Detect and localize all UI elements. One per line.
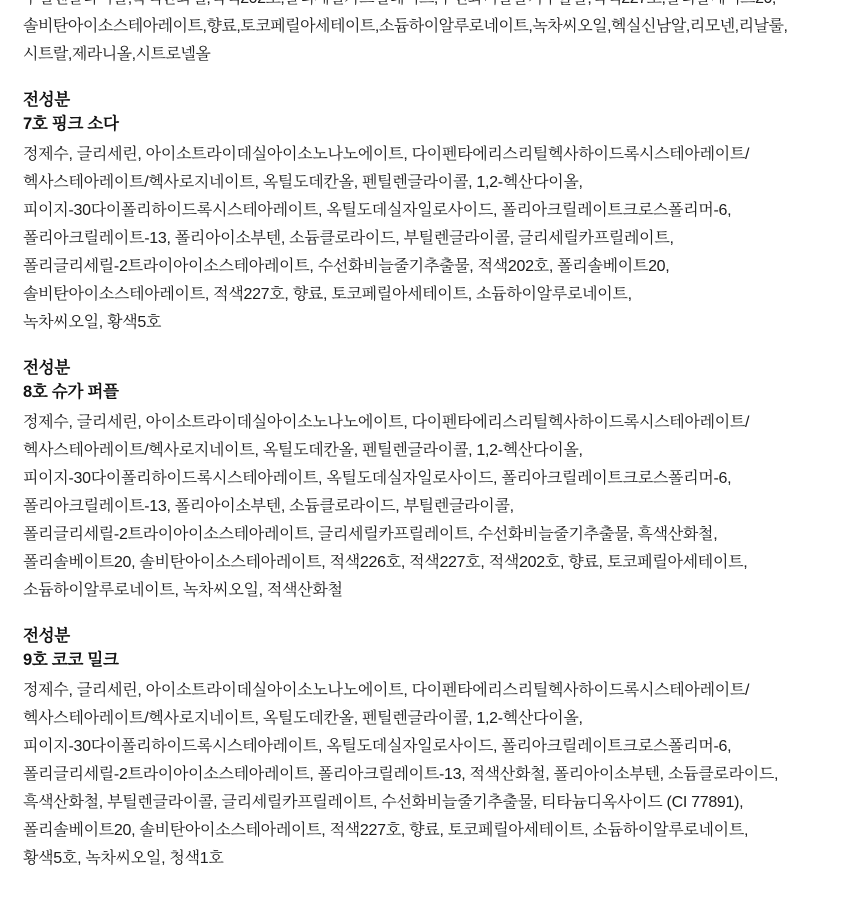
section-label: 전성분	[23, 356, 837, 380]
section-title: 8호 슈가 퍼플	[23, 380, 837, 404]
ingredient-line: 피이지-30다이폴리하이드록시스테아레이트, 옥틸도데실자일로사이드, 폴리아크…	[23, 197, 837, 225]
section-body: 정제수, 글리세린, 아이소트라이데실아이소노나노에이트, 다이펜타에리스리틸헥…	[23, 409, 837, 605]
ingredient-section: 전성분 9호 코코 밀크 정제수, 글리세린, 아이소트라이데실아이소노나노에이…	[23, 624, 837, 873]
section-body: 정제수, 글리세린, 아이소트라이데실아이소노나노에이트, 다이펜타에리스리틸헥…	[23, 141, 837, 337]
ingredient-document: 부틸렌글라이콜,흑색산화철,적색202호,글리세릴카프릴레이트,수선화비늘줄기추…	[0, 0, 860, 873]
section-body: 정제수, 글리세린, 아이소트라이데실아이소노나노에이트, 다이펜타에리스리틸헥…	[23, 677, 837, 873]
ingredient-line: 피이지-30다이폴리하이드록시스테아레이트, 옥틸도데실자일로사이드, 폴리아크…	[23, 465, 837, 493]
ingredient-line: 폴리아크릴레이트-13, 폴리아이소부텐, 소듐클로라이드, 부틸렌글라이콜, …	[23, 225, 837, 253]
ingredient-line: 헥사스테아레이트/헥사로지네이트, 옥틸도데칸올, 펜틸렌글라이콜, 1,2-헥…	[23, 169, 837, 197]
ingredient-line: 헥사스테아레이트/헥사로지네이트, 옥틸도데칸올, 펜틸렌글라이콜, 1,2-헥…	[23, 705, 837, 733]
ingredient-line: 폴리글리세릴-2트라이아이소스테아레이트, 글리세릴카프릴레이트, 수선화비늘줄…	[23, 521, 837, 549]
ingredient-line: 헥사스테아레이트/헥사로지네이트, 옥틸도데칸올, 펜틸렌글라이콜, 1,2-헥…	[23, 437, 837, 465]
ingredient-line: 폴리글리세릴-2트라이아이소스테아레이트, 수선화비늘줄기추출물, 적색202호…	[23, 253, 837, 281]
section-title: 7호 핑크 소다	[23, 112, 837, 136]
ingredient-line: 소듐하이알루로네이트, 녹차씨오일, 적색산화철	[23, 577, 837, 605]
ingredient-line: 황색5호, 녹차씨오일, 청색1호	[23, 845, 837, 873]
ingredient-sections: 전성분 7호 핑크 소다 정제수, 글리세린, 아이소트라이데실아이소노나노에이…	[23, 88, 837, 873]
ingredient-line: 솔비탄아이소스테아레이트, 적색227호, 향료, 토코페릴아세테이트, 소듐하…	[23, 281, 837, 309]
ingredient-line: 시트랄,제라니올,시트로넬올	[23, 41, 837, 69]
section-label: 전성분	[23, 624, 837, 648]
ingredient-line: 폴리솔베이트20, 솔비탄아이소스테아레이트, 적색226호, 적색227호, …	[23, 549, 837, 577]
ingredient-line: 정제수, 글리세린, 아이소트라이데실아이소노나노에이트, 다이펜타에리스리틸헥…	[23, 677, 837, 705]
ingredient-line: 폴리아크릴레이트-13, 폴리아이소부텐, 소듐클로라이드, 부틸렌글라이콜,	[23, 493, 837, 521]
ingredient-line: 정제수, 글리세린, 아이소트라이데실아이소노나노에이트, 다이펜타에리스리틸헥…	[23, 141, 837, 169]
ingredient-line: 피이지-30다이폴리하이드록시스테아레이트, 옥틸도데실자일로사이드, 폴리아크…	[23, 733, 837, 761]
ingredient-section: 전성분 8호 슈가 퍼플 정제수, 글리세린, 아이소트라이데실아이소노나노에이…	[23, 356, 837, 605]
ingredient-line: 폴리솔베이트20, 솔비탄아이소스테아레이트, 적색227호, 향료, 토코페릴…	[23, 817, 837, 845]
section-label: 전성분	[23, 88, 837, 112]
ingredient-section: 전성분 7호 핑크 소다 정제수, 글리세린, 아이소트라이데실아이소노나노에이…	[23, 88, 837, 337]
ingredient-line: 녹차씨오일, 황색5호	[23, 309, 837, 337]
ingredient-line: 솔비탄아이소스테아레이트,향료,토코페릴아세테이트,소듐하이알루로네이트,녹차씨…	[23, 13, 837, 41]
ingredient-line: 정제수, 글리세린, 아이소트라이데실아이소노나노에이트, 다이펜타에리스리틸헥…	[23, 409, 837, 437]
ingredient-line: 흑색산화철, 부틸렌글라이콜, 글리세릴카프릴레이트, 수선화비늘줄기추출물, …	[23, 789, 837, 817]
ingredient-line: 부틸렌글라이콜,흑색산화철,적색202호,글리세릴카프릴레이트,수선화비늘줄기추…	[23, 0, 837, 13]
section-title: 9호 코코 밀크	[23, 648, 837, 672]
ingredient-line: 폴리글리세릴-2트라이아이소스테아레이트, 폴리아크릴레이트-13, 적색산화철…	[23, 761, 837, 789]
clipped-ingredient-block: 부틸렌글라이콜,흑색산화철,적색202호,글리세릴카프릴레이트,수선화비늘줄기추…	[23, 0, 837, 69]
